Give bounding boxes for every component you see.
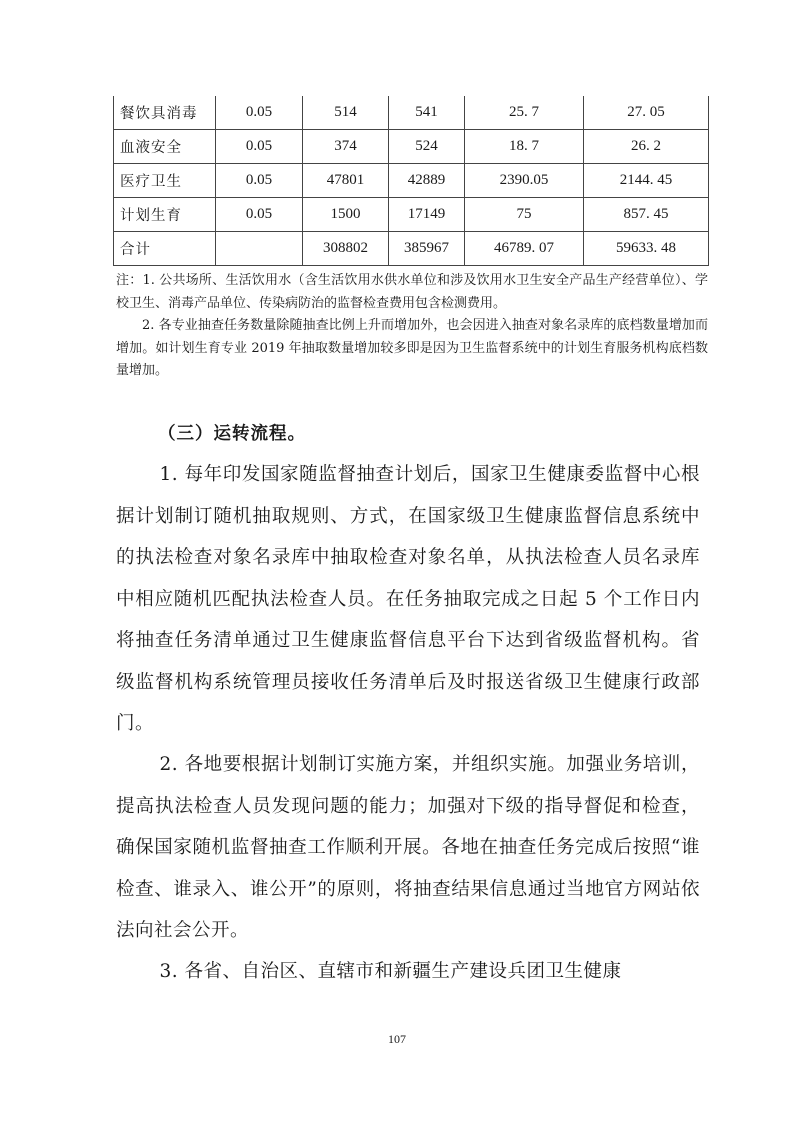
page-number: 107 xyxy=(0,1032,794,1047)
count-a-cell: 308802 xyxy=(303,232,389,266)
count-a-cell: 1500 xyxy=(303,198,389,232)
paragraph-text: 3. 各省、自治区、直辖市和新疆生产建设兵团卫生健康 xyxy=(116,951,700,993)
cost-a-cell: 2390.05 xyxy=(465,164,584,198)
cost-a-cell: 25. 7 xyxy=(465,96,584,130)
ratio-cell: 0.05 xyxy=(216,198,303,232)
note-2: 2. 各专业抽查任务数量除随抽查比例上升而增加外，也会因进入抽查对象名录库的底档… xyxy=(116,315,708,383)
count-b-cell: 42889 xyxy=(389,164,465,198)
table-total-row: 合计 308802 385967 46789. 07 59633. 48 xyxy=(114,232,709,266)
ratio-cell xyxy=(216,232,303,266)
ratio-cell: 0.05 xyxy=(216,96,303,130)
cost-b-cell: 59633. 48 xyxy=(584,232,709,266)
ratio-cell: 0.05 xyxy=(216,130,303,164)
count-b-cell: 385967 xyxy=(389,232,465,266)
category-cell: 血液安全 xyxy=(114,130,216,164)
count-b-cell: 524 xyxy=(389,130,465,164)
table-row: 计划生育 0.05 1500 17149 75 857. 45 xyxy=(114,198,709,232)
count-a-cell: 514 xyxy=(303,96,389,130)
table-notes: 注：1. 公共场所、生活饮用水（含生活饮用水供水单位和涉及饮用水卫生安全产品生产… xyxy=(116,270,708,383)
count-a-cell: 47801 xyxy=(303,164,389,198)
paragraph-text: 2. 各地要根据计划制订实施方案，并组织实施。加强业务培训，提高执法检查人员发现… xyxy=(116,744,700,952)
table-row: 餐饮具消毒 0.05 514 541 25. 7 27. 05 xyxy=(114,96,709,130)
paragraph-3: 3. 各省、自治区、直辖市和新疆生产建设兵团卫生健康 xyxy=(116,951,700,993)
document-page: 餐饮具消毒 0.05 514 541 25. 7 27. 05 血液安全 0.0… xyxy=(0,0,794,1122)
category-cell: 餐饮具消毒 xyxy=(114,96,216,130)
paragraph-text: 1. 每年印发国家随监督抽查计划后，国家卫生健康委监督中心根据计划制订随机抽取规… xyxy=(116,454,700,745)
category-cell: 合计 xyxy=(114,232,216,266)
count-a-cell: 374 xyxy=(303,130,389,164)
cost-b-cell: 857. 45 xyxy=(584,198,709,232)
section-heading: （三）运转流程。 xyxy=(158,420,306,445)
category-cell: 医疗卫生 xyxy=(114,164,216,198)
note-1: 注：1. 公共场所、生活饮用水（含生活饮用水供水单位和涉及饮用水卫生安全产品生产… xyxy=(116,270,708,315)
cost-b-cell: 2144. 45 xyxy=(584,164,709,198)
count-b-cell: 541 xyxy=(389,96,465,130)
cost-b-cell: 26. 2 xyxy=(584,130,709,164)
table-row: 血液安全 0.05 374 524 18. 7 26. 2 xyxy=(114,130,709,164)
category-cell: 计划生育 xyxy=(114,198,216,232)
count-b-cell: 17149 xyxy=(389,198,465,232)
cost-a-cell: 46789. 07 xyxy=(465,232,584,266)
paragraph-2: 2. 各地要根据计划制订实施方案，并组织实施。加强业务培训，提高执法检查人员发现… xyxy=(116,744,700,952)
paragraph-1: 1. 每年印发国家随监督抽查计划后，国家卫生健康委监督中心根据计划制订随机抽取规… xyxy=(116,454,700,745)
cost-a-cell: 75 xyxy=(465,198,584,232)
cost-b-cell: 27. 05 xyxy=(584,96,709,130)
ratio-cell: 0.05 xyxy=(216,164,303,198)
inspection-cost-table: 餐饮具消毒 0.05 514 541 25. 7 27. 05 血液安全 0.0… xyxy=(113,96,709,266)
table-row: 医疗卫生 0.05 47801 42889 2390.05 2144. 45 xyxy=(114,164,709,198)
cost-a-cell: 18. 7 xyxy=(465,130,584,164)
